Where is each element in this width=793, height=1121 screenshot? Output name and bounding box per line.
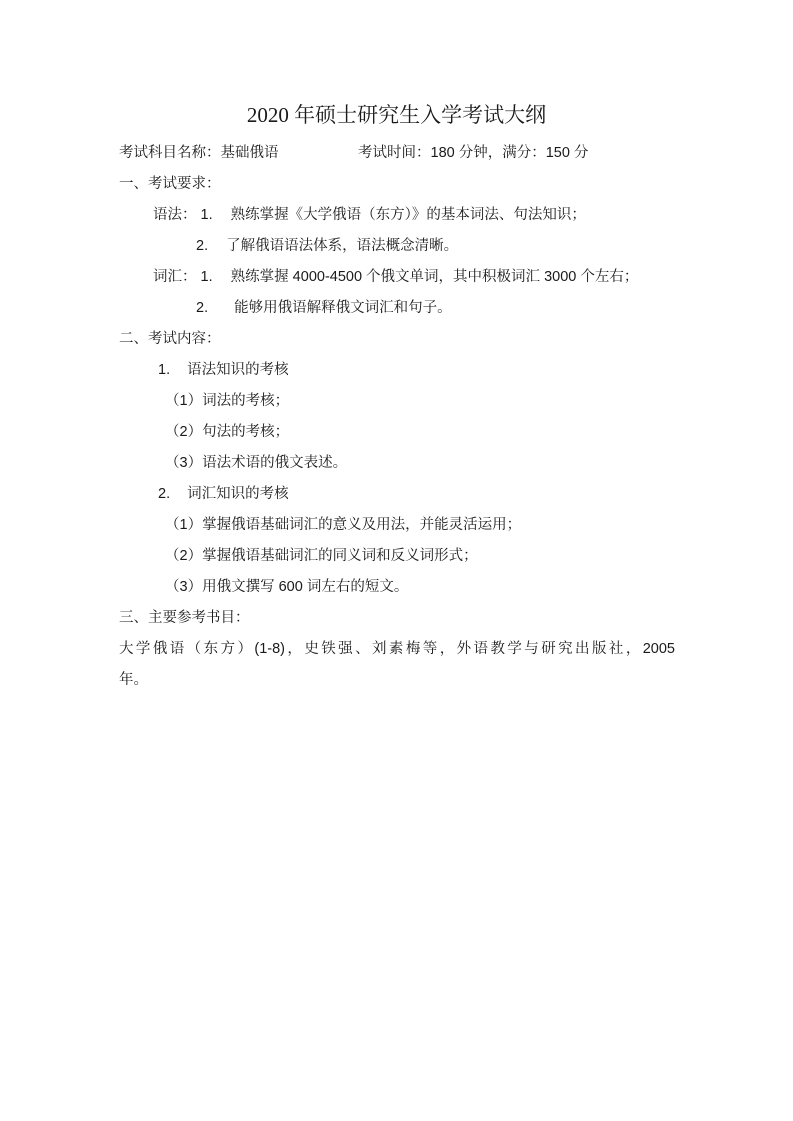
vocab-label: 词汇： [153, 269, 197, 285]
item-number: （1） [165, 517, 202, 533]
content-group-2-title: 2. 词汇知识的考核 [119, 479, 675, 510]
document-body: 考试科目名称：基础俄语 考试时间：180 分钟，满分：150 分 一、考试要求：… [119, 138, 675, 696]
item-number: 2. [196, 238, 208, 254]
section-heading-content: 二、考试内容： [119, 324, 675, 355]
document-title: 2020 年硕士研究生入学考试大纲 [0, 0, 793, 130]
item-number: 2. [158, 486, 170, 502]
section-heading-requirements: 一、考试要求： [119, 169, 675, 200]
item-text: 句法的考核； [202, 424, 289, 440]
item-text: 用俄文撰写 600 词左右的短文。 [202, 579, 408, 595]
item-text: 词法的考核； [202, 393, 289, 409]
content-group-1-item-2: （2）句法的考核； [119, 417, 675, 448]
item-number: （2） [165, 424, 202, 440]
exam-subject-field: 考试科目名称：基础俄语 [119, 145, 279, 161]
content-group-1-item-3: （3）语法术语的俄文表述。 [119, 448, 675, 479]
item-number: （3） [165, 579, 202, 595]
item-text: 掌握俄语基础词汇的同义词和反义词形式； [202, 548, 478, 564]
item-text: 词汇知识的考核 [187, 486, 289, 502]
content-group-2-item-2: （2）掌握俄语基础词汇的同义词和反义词形式； [119, 541, 675, 572]
item-number: 1. [201, 269, 213, 285]
content-group-1-item-1: （1）词法的考核； [119, 386, 675, 417]
item-text: 语法术语的俄文表述。 [202, 455, 347, 471]
content-group-2-item-3: （3）用俄文撰写 600 词左右的短文。 [119, 572, 675, 603]
grammar-label: 语法： [153, 207, 197, 223]
requirement-vocab-item-2: 2. 能够用俄语解释俄文词汇和句子。 [119, 293, 675, 324]
item-number: （3） [165, 455, 202, 471]
item-text: 能够用俄语解释俄文词汇和句子。 [234, 300, 452, 316]
requirement-vocab-item-1: 词汇： 1. 熟练掌握 4000-4500 个俄文单词，其中积极词汇 3000 … [119, 262, 675, 293]
document-page: 2020 年硕士研究生入学考试大纲 考试科目名称：基础俄语 考试时间：180 分… [0, 0, 793, 1121]
item-text: 掌握俄语基础词汇的意义及用法，并能灵活运用； [202, 517, 521, 533]
requirement-grammar-item-1: 语法： 1. 熟练掌握《大学俄语（东方）》的基本词法、句法知识； [119, 200, 675, 231]
item-number: （2） [165, 548, 202, 564]
item-text: 熟练掌握 4000-4500 个俄文单词，其中积极词汇 3000 个左右； [231, 269, 639, 285]
reference-line-2: 年。 [119, 665, 675, 696]
item-text: 了解俄语语法体系，语法概念清晰。 [226, 238, 458, 254]
item-number: （1） [165, 393, 202, 409]
reference-line-1: 大学俄语（东方）(1-8)，史铁强、刘素梅等，外语教学与研究出版社，2005 [119, 634, 675, 665]
requirement-grammar-item-2: 2. 了解俄语语法体系，语法概念清晰。 [119, 231, 675, 262]
item-number: 2. [196, 300, 208, 316]
content-group-1-title: 1. 语法知识的考核 [119, 355, 675, 386]
item-text: 熟练掌握《大学俄语（东方）》的基本词法、句法知识； [231, 207, 586, 223]
content-group-2-item-1: （1）掌握俄语基础词汇的意义及用法，并能灵活运用； [119, 510, 675, 541]
exam-time-field: 考试时间：180 分钟，满分：150 分 [358, 138, 588, 169]
meta-line: 考试科目名称：基础俄语 考试时间：180 分钟，满分：150 分 [119, 138, 675, 169]
item-number: 1. [201, 207, 213, 223]
item-number: 1. [158, 362, 170, 378]
item-text: 语法知识的考核 [187, 362, 289, 378]
section-heading-references: 三、主要参考书目： [119, 603, 675, 634]
